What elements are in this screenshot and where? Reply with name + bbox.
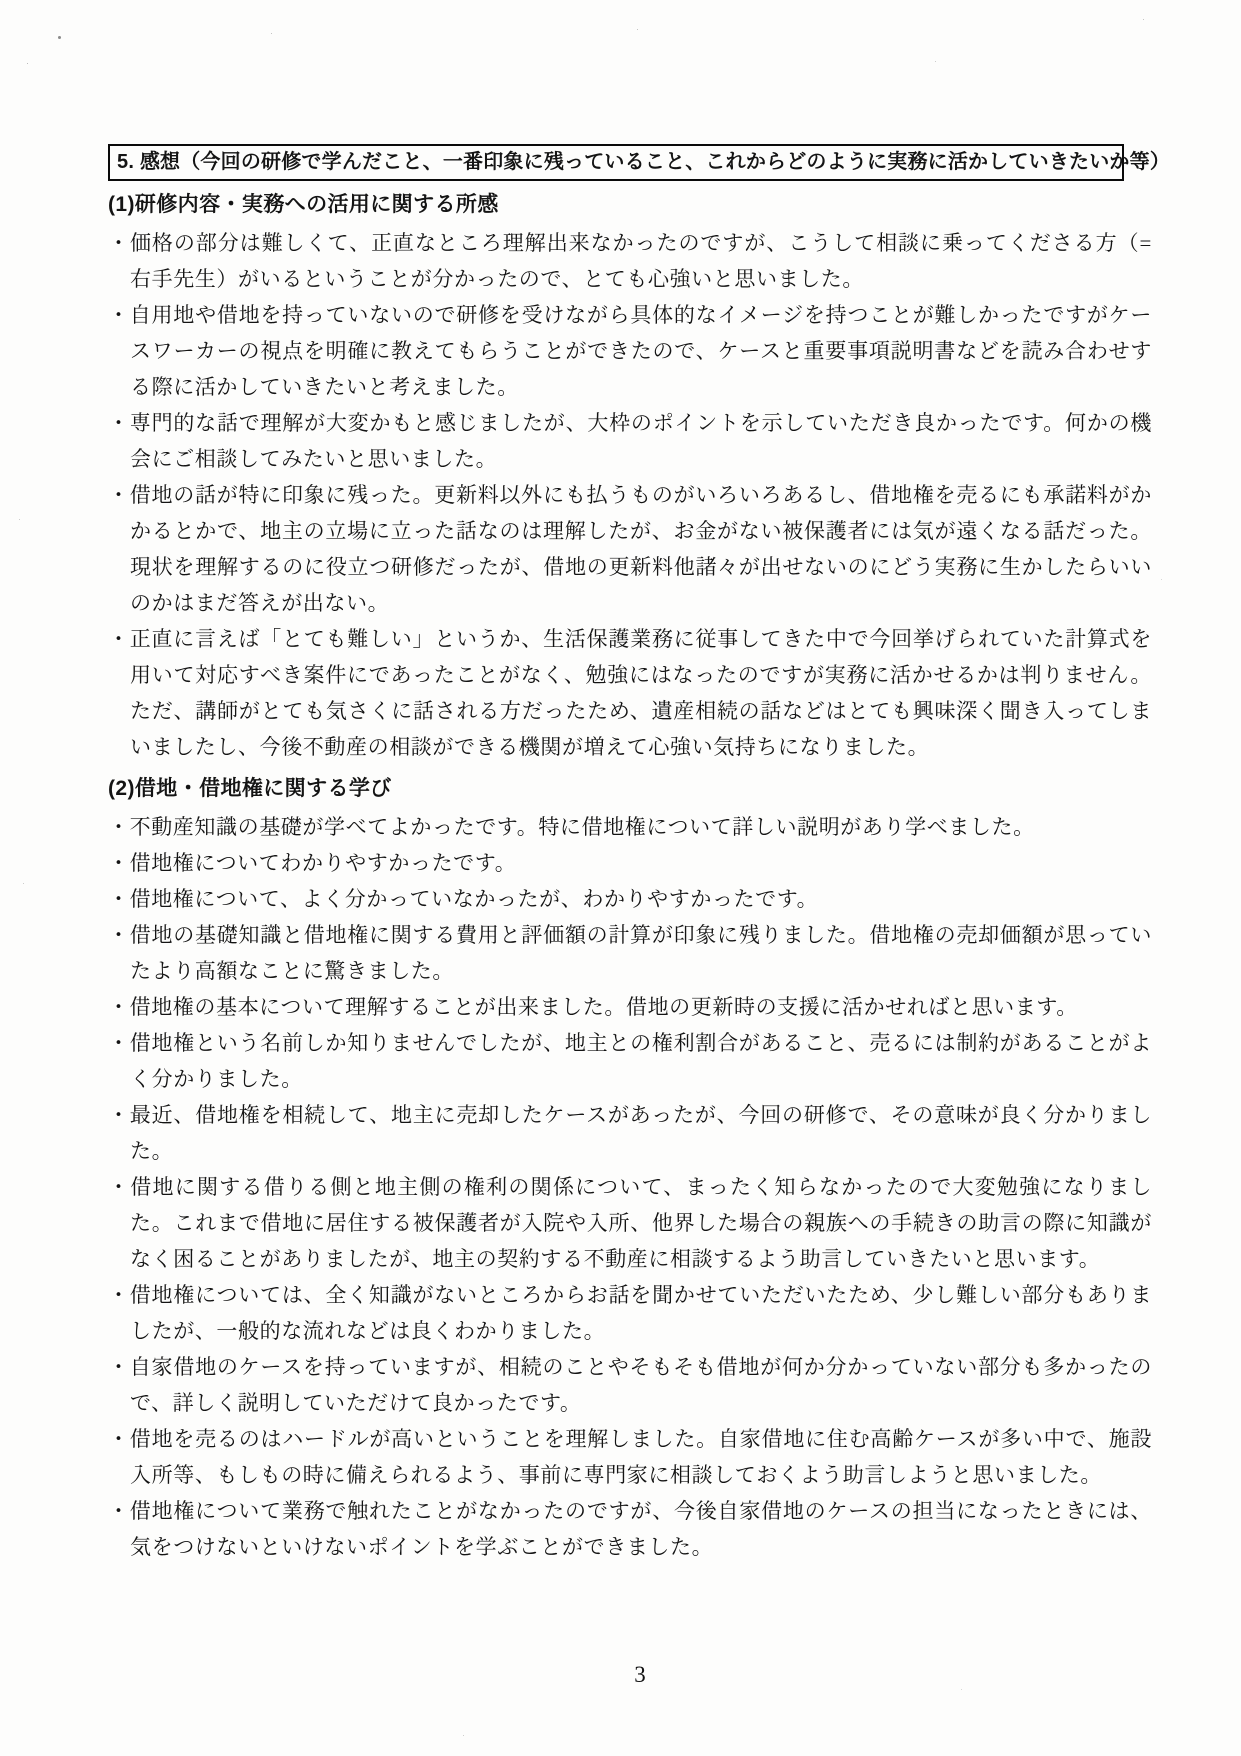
- bullet-item: ・借地を売るのはハードルが高いということを理解しました。自家借地に住む高齢ケース…: [108, 1421, 1152, 1493]
- section-2-title: (2)借地・借地権に関する学び: [108, 771, 1138, 807]
- bullet-item: ・借地の話が特に印象に残った。更新料以外にも払うものがいろいろあるし、借地権を売…: [108, 477, 1152, 621]
- page-number: 3: [540, 1662, 740, 1688]
- bullet-item: ・自家借地のケースを持っていますが、相続のことやそもそも借地が何か分かっていない…: [108, 1349, 1152, 1421]
- scan-noise-specks: [58, 36, 61, 39]
- bullet-item: ・価格の部分は難しくて、正直なところ理解出来なかったのですが、こうして相談に乗っ…: [108, 225, 1152, 297]
- bullet-item: ・借地権の基本について理解することが出来ました。借地の更新時の支援に活かせればと…: [108, 989, 1152, 1025]
- bullet-item: ・専門的な話で理解が大変かもと感じましたが、大枠のポイントを示していただき良かっ…: [108, 405, 1152, 477]
- bullet-item: ・正直に言えば「とても難しい」というか、生活保護業務に従事してきた中で今回挙げら…: [108, 621, 1152, 765]
- sections: (1)研修内容・実務への活用に関する所感・価格の部分は難しくて、正直なところ理解…: [108, 187, 1138, 1565]
- bullet-item: ・借地権については、全く知識がないところからお話を聞かせていただいたため、少し難…: [108, 1277, 1152, 1349]
- bullet-item: ・借地権について、よく分かっていなかったが、わかりやすかったです。: [108, 881, 1152, 917]
- bullet-item: ・借地権について業務で触れたことがなかったのですが、今後自家借地のケースの担当に…: [108, 1493, 1152, 1565]
- bullet-item: ・借地に関する借りる側と地主側の権利の関係について、まったく知らなかったので大変…: [108, 1169, 1152, 1277]
- bullet-item: ・借地の基礎知識と借地権に関する費用と評価額の計算が印象に残りました。借地権の売…: [108, 917, 1152, 989]
- section-2: (2)借地・借地権に関する学び・不動産知識の基礎が学べてよかったです。特に借地権…: [108, 771, 1138, 1565]
- section-5-heading-text: 5. 感想（今回の研修で学んだこと、一番印象に残っていること、これからどのように…: [117, 151, 1170, 173]
- section-1-title: (1)研修内容・実務への活用に関する所感: [108, 187, 1138, 223]
- bullet-item: ・借地権という名前しか知りませんでしたが、地主との権利割合があること、売るには制…: [108, 1025, 1152, 1097]
- bullet-item: ・不動産知識の基礎が学べてよかったです。特に借地権について詳しい説明があり学べま…: [108, 809, 1152, 845]
- bullet-item: ・自用地や借地を持っていないので研修を受けながら具体的なイメージを持つことが難し…: [108, 297, 1152, 405]
- bullet-item: ・最近、借地権を相続して、地主に売却したケースがあったが、今回の研修で、その意味…: [108, 1097, 1152, 1169]
- section-5-heading-box: 5. 感想（今回の研修で学んだこと、一番印象に残っていること、これからどのように…: [108, 144, 1124, 181]
- document-content: 5. 感想（今回の研修で学んだこと、一番印象に残っていること、これからどのように…: [108, 144, 1138, 1565]
- scanned-document-page: 5. 感想（今回の研修で学んだこと、一番印象に残っていること、これからどのように…: [0, 0, 1241, 1756]
- section-1: (1)研修内容・実務への活用に関する所感・価格の部分は難しくて、正直なところ理解…: [108, 187, 1138, 765]
- bullet-item: ・借地権についてわかりやすかったです。: [108, 845, 1152, 881]
